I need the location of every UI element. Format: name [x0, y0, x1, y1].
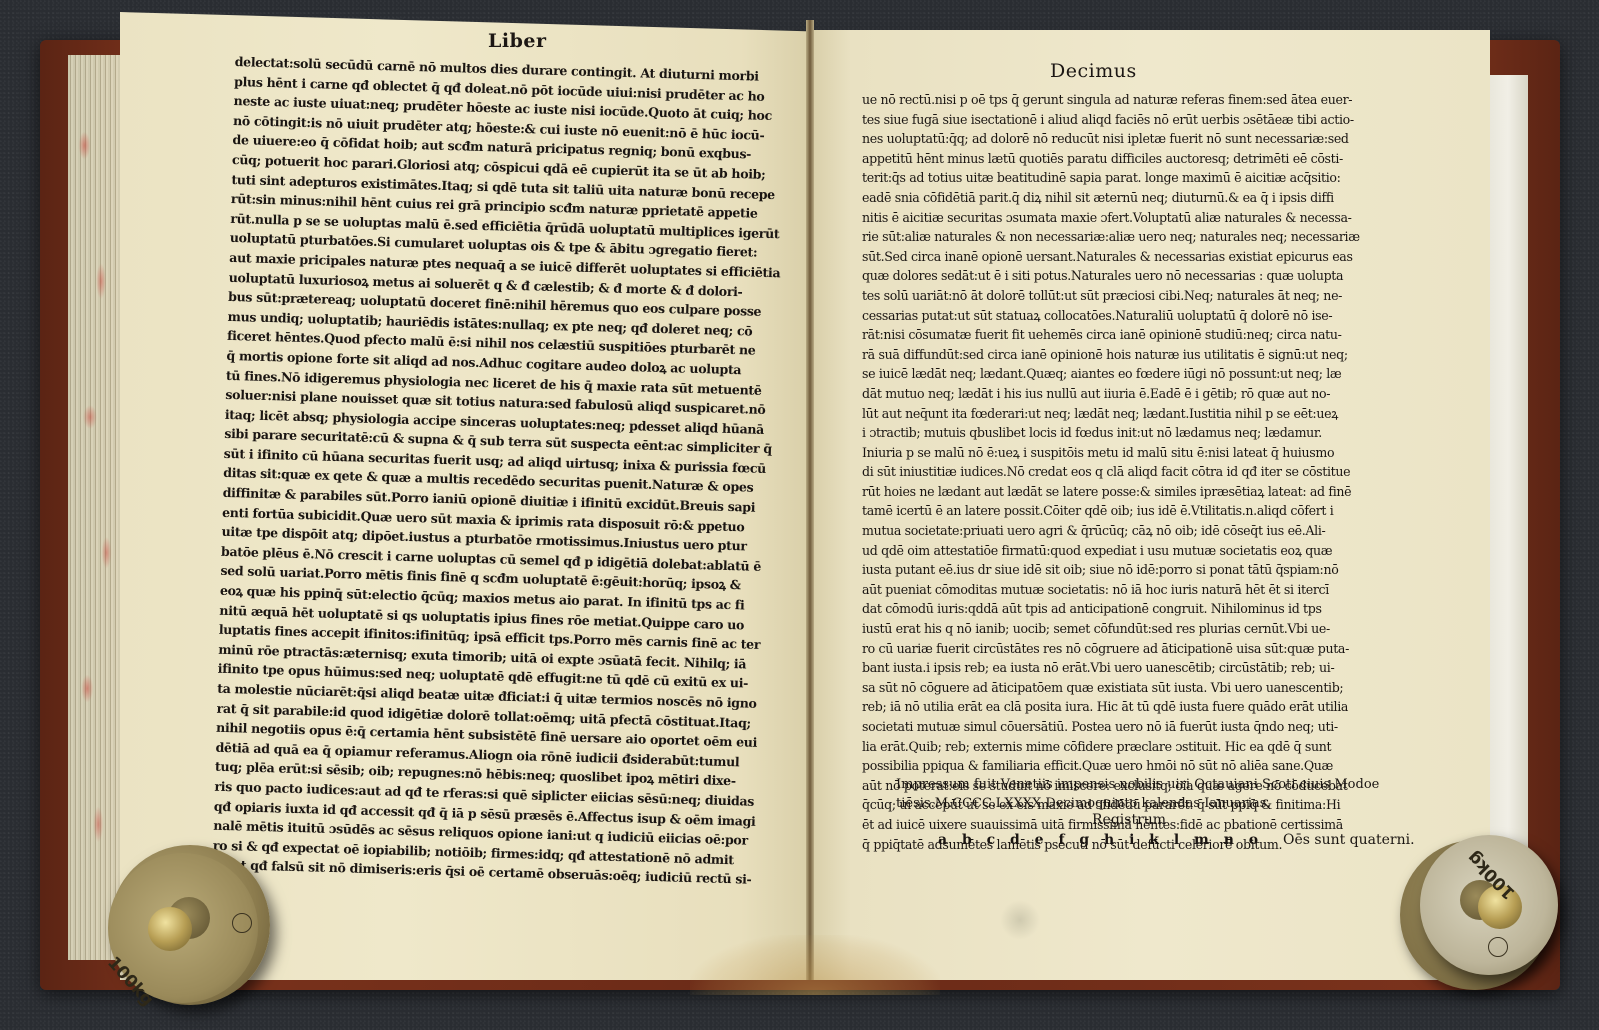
text-line: ro cū uariæ fuerit circūstātes res nō cō…: [862, 639, 1360, 659]
left-page-text: delectat:solū secūdū carnē nō multos die…: [212, 52, 786, 890]
text-line: rūt hoies ne lædant aut lædāt se latere …: [862, 482, 1360, 502]
signature-register: a b c d e f g h i k l m n o Oēs sunt qua…: [938, 832, 1415, 848]
water-stain: [690, 935, 940, 995]
text-line: tes solū uariāt:nō āt dolorē tollūt:ut s…: [862, 286, 1360, 306]
text-line: sūt.Sed circa inanē opionē uersant.Natur…: [862, 247, 1360, 267]
colophon-line-2: tiēsis.M.CCCC.LXXXX.Decimoquinto kalenda…: [896, 794, 1379, 813]
text-line: nes uoluptatū:q̄q; ad dolorē nō reducūt …: [862, 129, 1360, 149]
text-line: tamē icertū ē an latere possit.Cōiter qd…: [862, 501, 1360, 521]
text-line: possibilia ppiqua & familiaria efficit.Q…: [862, 756, 1360, 776]
text-line: mutua societate:priuati uero agri & q̄rū…: [862, 521, 1360, 541]
text-line: i ɔtractib; mutuis qbuslibet locis id fœ…: [862, 423, 1360, 443]
assay-stamp-icon: [1488, 937, 1508, 957]
text-line: rā suā diffundūt:sed circa ianē opinionē…: [862, 345, 1360, 365]
registrum-label: Registrum: [1092, 812, 1166, 828]
text-line: lūt aut neq̄unt ita fœderari:ut neq; læd…: [862, 404, 1360, 424]
text-line: nitis ē aicitiæ securitas ɔsumata maxie …: [862, 208, 1360, 228]
weight-knob: [148, 907, 192, 951]
text-line: eadē snia cōfidētiā parit.q̄ diꝝ nihil s…: [862, 188, 1360, 208]
assay-stamp-icon: [232, 913, 252, 933]
page-edges-left: [68, 55, 123, 960]
text-line: sa sūt nō cōguere ad āticipatōem quæ exi…: [862, 678, 1360, 698]
text-line: se iuicē lædāt neq; lædant.Quæq; aiantes…: [862, 364, 1360, 384]
right-page-text: ue nō rectū.nisi p oē tps q̄ gerunt sing…: [862, 90, 1360, 854]
text-line: lia erāt.Quib; reb; externis mime cōfide…: [862, 737, 1360, 757]
signature-letters: a b c d e f g h i k l m n o: [938, 832, 1263, 848]
text-line: reb; iā nō utilia erāt ea clā posita iur…: [862, 697, 1360, 717]
text-line: bant iusta.i ipsis reb; ea iusta nō erāt…: [862, 658, 1360, 678]
colophon-line-1: Impressum fuit Venetiis impensis nobilis…: [896, 775, 1379, 794]
text-line: dāt mutuo neq; lædāt i his ius nullū aut…: [862, 384, 1360, 404]
text-line: ud qdē oim attestatiōe firmatū:quod expe…: [862, 541, 1360, 561]
book-photo: Liber Decimus delectat:solū secūdū carnē…: [0, 0, 1599, 1030]
text-line: rie sūt:aliæ naturales & non necessariæ:…: [862, 227, 1360, 247]
running-head-right: Decimus: [1050, 60, 1137, 82]
text-line: rāt:nisi cōsumatæ fuerit fit uehemēs cir…: [862, 325, 1360, 345]
page-edges-right: [1487, 75, 1528, 955]
text-line: dat cōmodū iuris:qddā aūt tpis ad antici…: [862, 599, 1360, 619]
text-line: cessarias putat:ut sūt statuaꝝ collocatō…: [862, 306, 1360, 326]
text-line: iustū erat his q nō ianib; uocib; semet …: [862, 619, 1360, 639]
text-line: tes siue fugā siue isectationē i aliud a…: [862, 110, 1360, 130]
text-line: appetitū hēnt minus lætū quotiēs paratu …: [862, 149, 1360, 169]
gutter: [806, 20, 814, 980]
text-line: di sūt iniustitiæ iudices.Nō credat eos …: [862, 462, 1360, 482]
text-line: societati mutuæ simul cōuersātiū. Postea…: [862, 717, 1360, 737]
text-line: quæ dolores sedāt:ut ē i siti potus.Natu…: [862, 266, 1360, 286]
quires-note: Oēs sunt quaterni.: [1283, 832, 1415, 848]
text-line: terit:q̄s ad totius uitæ beatitudinē sap…: [862, 168, 1360, 188]
text-line: iusta putant eē.ius dr siue idē sit oib;…: [862, 560, 1360, 580]
running-head-left: Liber: [488, 30, 546, 52]
text-line: aūt pueniat cōmoditas mutuæ societatis: …: [862, 580, 1360, 600]
foxing-spot: [1000, 900, 1040, 940]
text-line: ue nō rectū.nisi p oē tps q̄ gerunt sing…: [862, 90, 1360, 110]
text-line: Iniuria p se malū nō ē:ueꝝ i suspitōis m…: [862, 443, 1360, 463]
colophon: Impressum fuit Venetiis impensis nobilis…: [896, 775, 1379, 813]
